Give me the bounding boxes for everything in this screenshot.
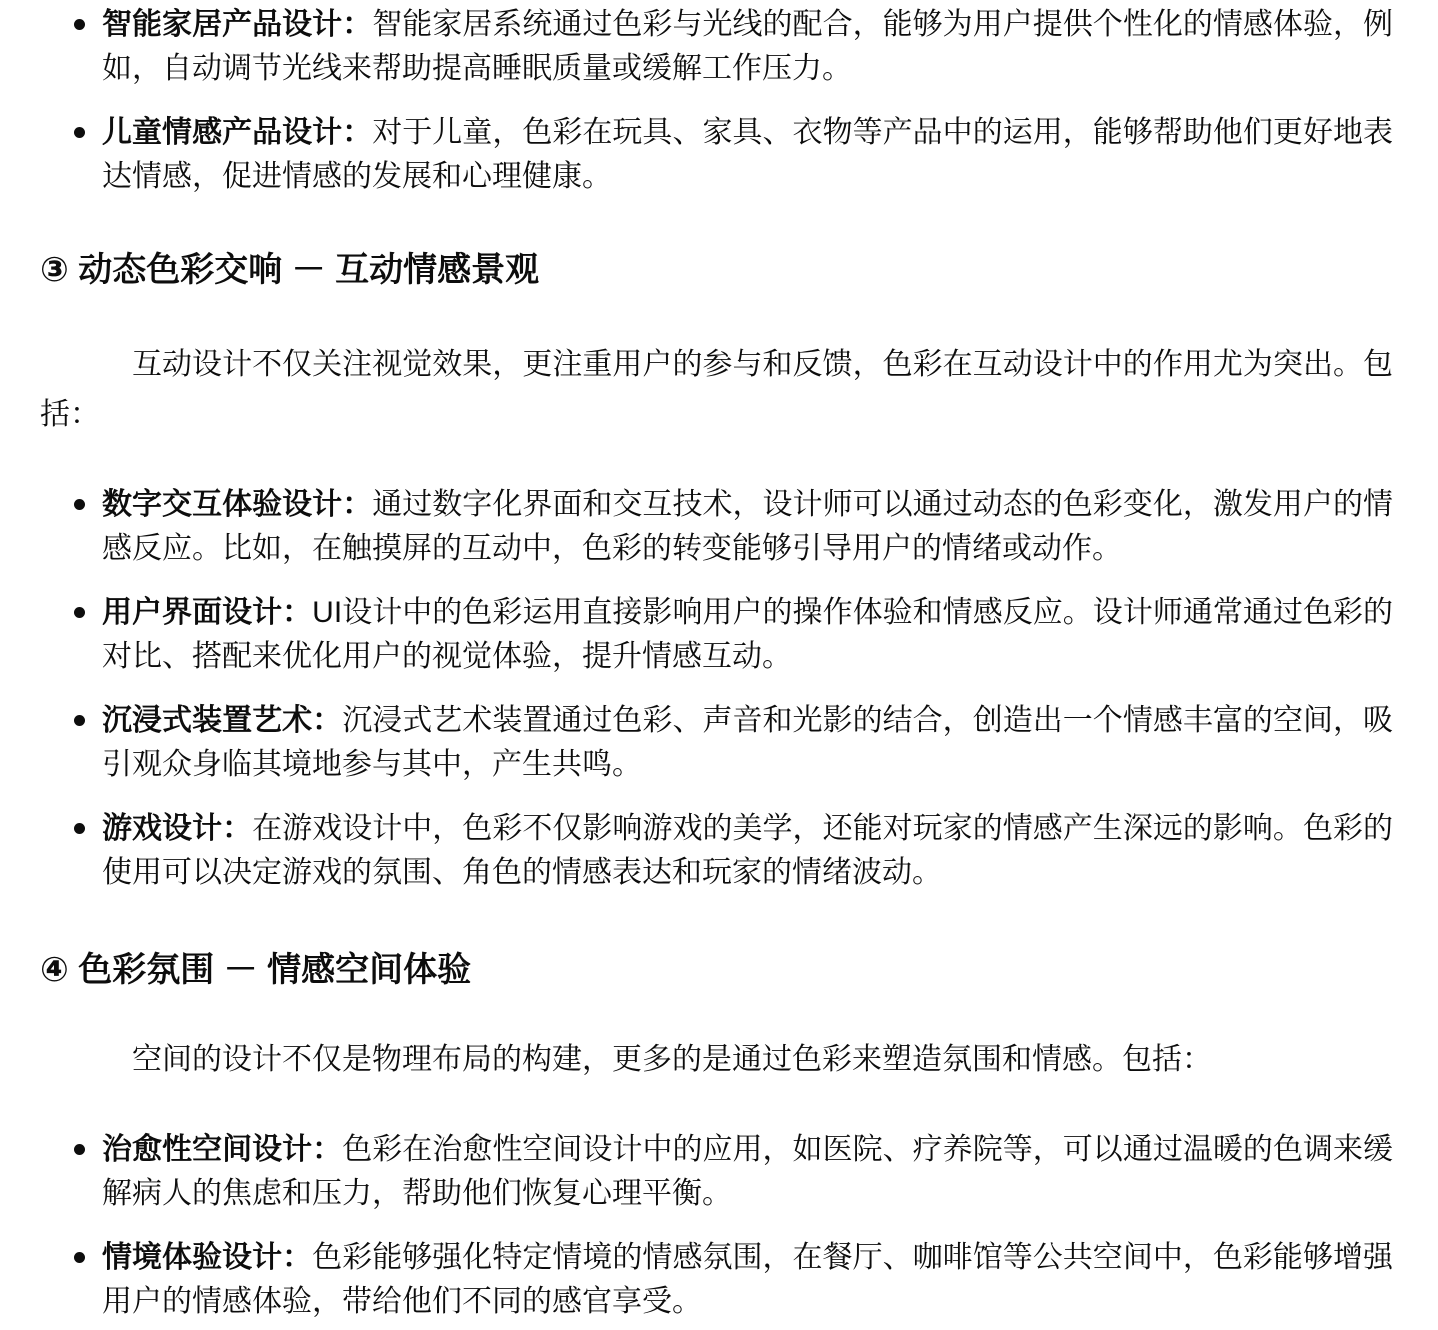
list-item: 沉浸式装置艺术：沉浸式艺术装置通过色彩、声音和光影的结合，创造出一个情感丰富的空… xyxy=(102,699,1393,787)
section-heading-3: ③ 动态色彩交响 － 互动情感景观 xyxy=(40,248,1393,292)
section-3-bullet-list: 数字交互体验设计：通过数字化界面和交互技术，设计师可以通过动态的色彩变化，激发用… xyxy=(40,483,1393,895)
bullet-icon xyxy=(74,715,85,726)
list-item-description: 在游戏设计中，色彩不仅影响游戏的美学，还能对玩家的情感产生深远的影响。色彩的使用… xyxy=(102,812,1393,889)
bullet-icon xyxy=(74,1252,85,1263)
list-item: 儿童情感产品设计：对于儿童，色彩在玩具、家具、衣物等产品中的运用，能够帮助他们更… xyxy=(102,111,1393,199)
list-item: 智能家居产品设计：智能家居系统通过色彩与光线的配合，能够为用户提供个性化的情感体… xyxy=(102,3,1393,91)
list-item-term: 治愈性空间设计： xyxy=(102,1133,342,1166)
document-page: 智能家居产品设计：智能家居系统通过色彩与光线的配合，能够为用户提供个性化的情感体… xyxy=(0,0,1438,1330)
leading-bullet-list: 智能家居产品设计：智能家居系统通过色彩与光线的配合，能够为用户提供个性化的情感体… xyxy=(40,3,1393,199)
list-item-term: 数字交互体验设计： xyxy=(102,488,372,521)
list-item-term: 用户界面设计： xyxy=(102,596,312,629)
bullet-icon xyxy=(74,607,85,618)
list-item: 用户界面设计：UI设计中的色彩运用直接影响用户的操作体验和情感反应。设计师通常通… xyxy=(102,591,1393,679)
section-heading-4: ④ 色彩氛围 － 情感空间体验 xyxy=(40,948,1393,992)
list-item-term: 情境体验设计： xyxy=(102,1241,312,1274)
section-3-intro-paragraph: 互动设计不仅关注视觉效果，更注重用户的参与和反馈，色彩在互动设计中的作用尤为突出… xyxy=(40,340,1393,440)
list-item: 情境体验设计：色彩能够强化特定情境的情感氛围，在餐厅、咖啡馆等公共空间中，色彩能… xyxy=(102,1236,1393,1324)
bullet-icon xyxy=(74,823,85,834)
bullet-icon xyxy=(74,1144,85,1155)
list-item: 游戏设计：在游戏设计中，色彩不仅影响游戏的美学，还能对玩家的情感产生深远的影响。… xyxy=(102,807,1393,895)
list-item-term: 儿童情感产品设计： xyxy=(102,116,372,149)
list-item-term: 游戏设计： xyxy=(102,812,252,845)
bullet-icon xyxy=(74,127,85,138)
section-4-intro-paragraph: 空间的设计不仅是物理布局的构建，更多的是通过色彩来塑造氛围和情感。包括： xyxy=(40,1035,1393,1085)
list-item: 治愈性空间设计：色彩在治愈性空间设计中的应用，如医院、疗养院等，可以通过温暖的色… xyxy=(102,1128,1393,1216)
section-4-bullet-list: 治愈性空间设计：色彩在治愈性空间设计中的应用，如医院、疗养院等，可以通过温暖的色… xyxy=(40,1128,1393,1324)
list-item-term: 沉浸式装置艺术： xyxy=(102,704,342,737)
bullet-icon xyxy=(74,499,85,510)
bullet-icon xyxy=(74,19,85,30)
list-item-term: 智能家居产品设计： xyxy=(102,8,372,41)
list-item: 数字交互体验设计：通过数字化界面和交互技术，设计师可以通过动态的色彩变化，激发用… xyxy=(102,483,1393,571)
